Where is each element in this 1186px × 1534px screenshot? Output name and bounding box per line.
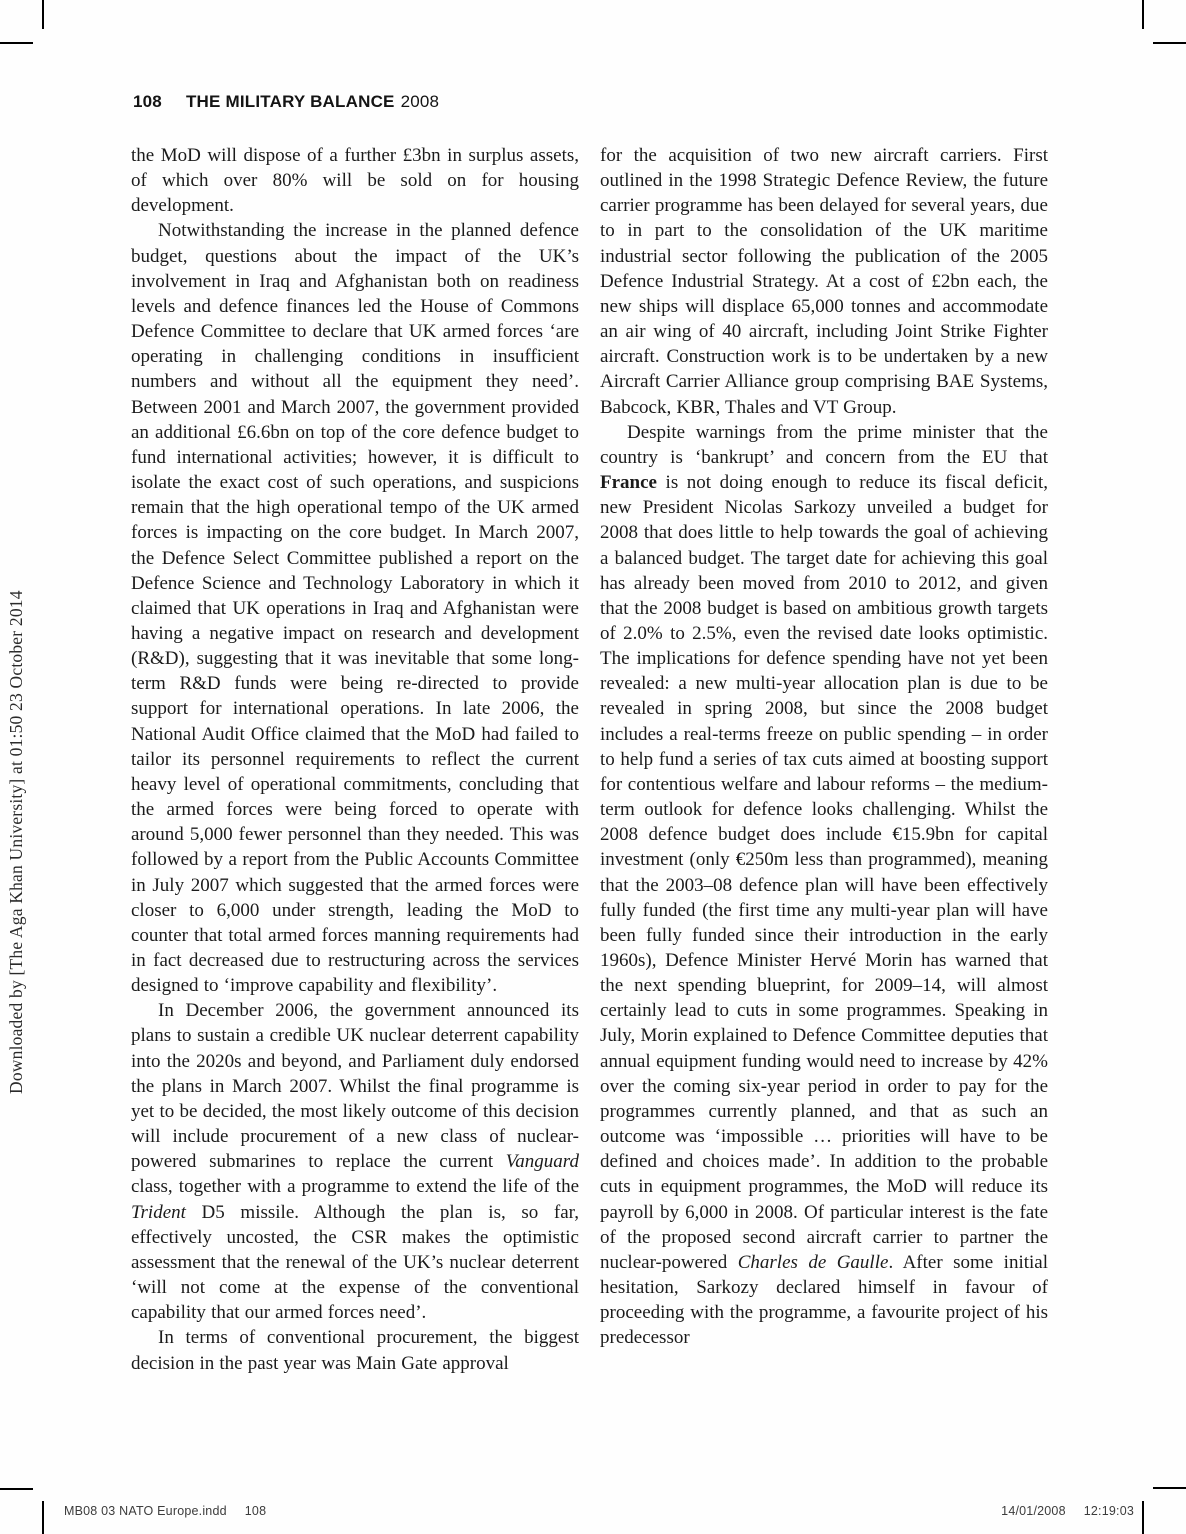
paragraph: Notwithstanding the increase in the plan… bbox=[131, 218, 579, 998]
paragraph: In terms of conventional procurement, th… bbox=[131, 1325, 579, 1375]
page-number: 108 bbox=[133, 92, 162, 111]
crop-mark-top-right-horizontal bbox=[1153, 42, 1186, 44]
text-run: is not doing enough to reduce its fiscal… bbox=[600, 472, 1048, 1273]
text-run: Charles de Gaulle bbox=[738, 1252, 889, 1273]
imprint-left: MB08 03 NATO Europe.indd108 bbox=[64, 1504, 266, 1518]
book-year: 2008 bbox=[401, 92, 440, 111]
crop-mark-bottom-left-horizontal bbox=[0, 1488, 33, 1490]
book-title: THE MILITARY BALANCE bbox=[186, 92, 395, 111]
text-run: In December 2006, the government announc… bbox=[131, 1000, 579, 1172]
imprint-filename: MB08 03 NATO Europe.indd bbox=[64, 1504, 227, 1518]
crop-mark-top-left-horizontal bbox=[0, 42, 33, 44]
paragraph: In December 2006, the government announc… bbox=[131, 998, 579, 1325]
text-run: Notwithstanding the increase in the plan… bbox=[131, 220, 579, 996]
crop-mark-top-left-vertical bbox=[42, 0, 44, 29]
crop-mark-bottom-left-vertical bbox=[42, 1501, 44, 1534]
text-run: D5 missile. Although the plan is, so far… bbox=[131, 1202, 579, 1324]
right-column: for the acquisition of two new aircraft … bbox=[600, 143, 1048, 1376]
paragraph: the MoD will dispose of a further £3bn i… bbox=[131, 143, 579, 218]
paragraph: Despite warnings from the prime minister… bbox=[600, 420, 1048, 1351]
running-head: 108THE MILITARY BALANCE2008 bbox=[133, 91, 439, 113]
imprint-time: 12:19:03 bbox=[1084, 1504, 1134, 1518]
text-columns: the MoD will dispose of a further £3bn i… bbox=[131, 143, 1048, 1376]
text-run: Despite warnings from the prime minister… bbox=[600, 422, 1048, 468]
crop-mark-bottom-right-vertical bbox=[1142, 1501, 1144, 1534]
text-run: In terms of conventional procurement, th… bbox=[131, 1327, 579, 1373]
text-run: Trident bbox=[131, 1202, 186, 1223]
scanned-book-page: 108THE MILITARY BALANCE2008 the MoD will… bbox=[0, 0, 1186, 1534]
paragraph: for the acquisition of two new aircraft … bbox=[600, 143, 1048, 420]
crop-mark-bottom-right-horizontal bbox=[1153, 1487, 1186, 1489]
imprint-footer: MB08 03 NATO Europe.indd108 14/01/200812… bbox=[64, 1504, 1134, 1518]
text-run: for the acquisition of two new aircraft … bbox=[600, 145, 1048, 418]
imprint-page-marker: 108 bbox=[245, 1504, 266, 1518]
left-column: the MoD will dispose of a further £3bn i… bbox=[131, 143, 579, 1376]
text-run: class, together with a programme to exte… bbox=[131, 1176, 579, 1197]
download-watermark: Downloaded by [The Aga Khan University] … bbox=[6, 452, 27, 1094]
crop-mark-top-right-vertical bbox=[1142, 0, 1144, 29]
text-run: Vanguard bbox=[506, 1151, 579, 1172]
imprint-date: 14/01/2008 bbox=[1001, 1504, 1066, 1518]
text-run: France bbox=[600, 472, 657, 493]
text-run: the MoD will dispose of a further £3bn i… bbox=[131, 145, 579, 216]
imprint-right: 14/01/200812:19:03 bbox=[1001, 1504, 1134, 1518]
